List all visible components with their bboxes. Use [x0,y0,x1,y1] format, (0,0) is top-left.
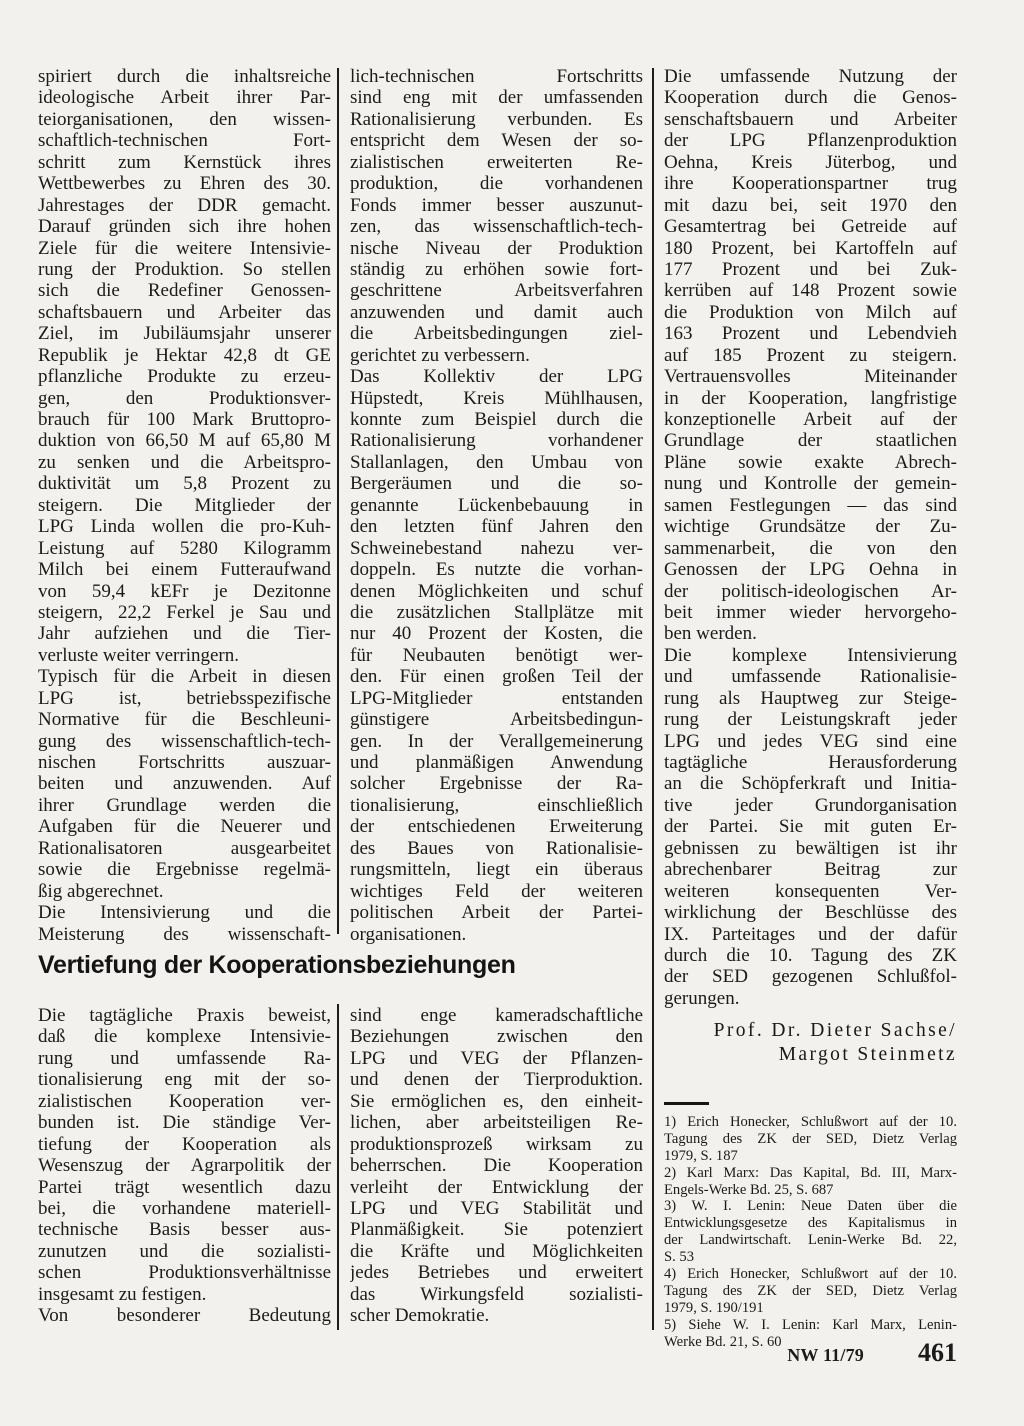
text-line: samen Festlegungen — das sind [664,495,957,516]
text-line: LPG und VEG der Pflanzen- [350,1048,643,1069]
footnote-line: Entwicklungsgesetze des Kapitalismus in [664,1215,957,1232]
text-line: spiriert durch die inhaltsreiche [38,66,331,87]
text-line: duktivität um 5,8 Prozent zu [38,473,331,494]
text-line: genannte Lückenbebauung in [350,495,643,516]
text-line: technische Basis besser aus- [38,1219,331,1240]
column-1-lower: Die tagtägliche Praxis beweist,daß die k… [38,1005,331,1327]
text-line: Republik je Hektar 42,8 dt GE [38,345,331,366]
text-line: ständig zu erhöhen sowie fort- [350,259,643,280]
text-line: zu senken und die Arbeitspro- [38,452,331,473]
text-line: anzuwenden und damit auch [350,302,643,323]
author-line-1: Prof. Dr. Dieter Sachse/ [664,1019,957,1043]
page-footer: NW 11/79461 [664,1338,957,1368]
text-line: schaftsbauern und Arbeiter das [38,302,331,323]
footnote-line: 2) Karl Marx: Das Kapital, Bd. III, Marx… [664,1165,957,1182]
text-line: tagtägliche Herausforderung [664,752,957,773]
text-line: tionalisierung, einschließlich [350,795,643,816]
text-line: Planmäßigkeit. Sie potenziert [350,1219,643,1240]
text-line: wichtiges Feld der weiteren [350,881,643,902]
text-line: Beziehungen zwischen den [350,1026,643,1047]
text-line: lich-technischen Fortschritts [350,66,643,87]
text-line: in der Kooperation, langfristige [664,388,957,409]
footnote-line: der Landwirtschaft. Lenin-Werke Bd. 22, [664,1232,957,1249]
text-line: Ziele für die weitere Intensivie- [38,238,331,259]
text-line: Jahrestages der DDR gemacht. [38,195,331,216]
text-line: Vertrauensvolles Miteinander [664,366,957,387]
text-line: geschrittene Arbeitsverfahren [350,280,643,301]
text-line: die Kräfte und Möglichkeiten [350,1241,643,1262]
page-number: 461 [918,1338,957,1367]
text-line: Pläne sowie exakte Abrech- [664,452,957,473]
text-line: LPG und jedes VEG sind eine [664,731,957,752]
text-line: rungsmitteln, liegt ein überaus [350,859,643,880]
text-line: durch die 10. Tagung des ZK [664,945,957,966]
footnote-line: 1979, S. 187 [664,1148,957,1165]
text-line: sammenarbeit, die von den [664,538,957,559]
footnote-line: Engels-Werke Bd. 25, S. 687 [664,1182,957,1199]
text-line: daß die komplexe Intensivie- [38,1026,331,1047]
text-line: nung und Kontrolle der gemein- [664,473,957,494]
text-line: wirklichung der Beschlüsse des [664,902,957,923]
text-line: Die umfassende Nutzung der [664,66,957,87]
text-line: verleiht der Entwicklung der [350,1177,643,1198]
text-line: gebnissen zu bewältigen ist ihr [664,838,957,859]
text-line: den. Für einen großen Teil der [350,666,643,687]
text-line: gerichtet zu verbessern. [350,345,643,366]
footnotes: 1) Erich Honecker, Schlußwort auf der 10… [664,1114,957,1350]
text-line: Kooperation durch die Genos- [664,87,957,108]
text-line: denen Möglichkeiten und schuf [350,581,643,602]
text-line: gung des wissenschaftlich-tech- [38,731,331,752]
text-line: sich die Redefiner Genossen- [38,280,331,301]
text-line: Sie ermöglichen es, den einheit- [350,1091,643,1112]
text-line: LPG-Mitglieder entstanden [350,688,643,709]
text-line: Stallanlagen, den Umbau von [350,452,643,473]
text-line: Von besonderer Bedeutung [38,1305,331,1326]
text-line: 163 Prozent und Lebendvieh [664,323,957,344]
text-line: wichtige Grundsätze der Zu- [664,516,957,537]
text-line: verluste weiter verringern. [38,645,331,666]
text-line: Darauf gründen sich ihre hohen [38,216,331,237]
text-line: Gesamtertrag bei Getreide auf [664,216,957,237]
text-line: Grundlage der staatlichen [664,430,957,451]
text-line: Rationalisierung vorhandener [350,430,643,451]
text-line: ihre Kooperationspartner trug [664,173,957,194]
footnote-line: 1979, S. 190/191 [664,1300,957,1317]
text-line: nur 40 Prozent der Kosten, die [350,623,643,644]
text-line: weiteren konsequenten Ver- [664,881,957,902]
text-line: nischen Fortschritts auszuar- [38,752,331,773]
author-line-2: Margot Steinmetz [664,1043,957,1067]
text-line: nische Niveau der Produktion [350,238,643,259]
text-line: rung der Leistungskraft jeder [664,709,957,730]
column-3: Die umfassende Nutzung derKooperation du… [664,66,957,1009]
text-line: gen. In der Verallgemeinerung [350,731,643,752]
text-line: sind enge kameradschaftliche [350,1005,643,1026]
text-line: tive jeder Grundorganisation [664,795,957,816]
text-line: schritt zum Kernstück ihres [38,152,331,173]
text-line: doppeln. Es nutzte die vorhan- [350,559,643,580]
column-divider-1-lower [337,1004,339,1330]
text-line: die zusätzlichen Stallplätze mit [350,602,643,623]
footnote-divider [664,1102,709,1105]
text-line: duktion von 66,50 M auf 65,80 M [38,430,331,451]
text-line: LPG ist, betriebsspezifische [38,688,331,709]
text-line: an die Schöpferkraft und Initia- [664,773,957,794]
text-line: Aufgaben für die Neuerer und [38,816,331,837]
text-line: solcher Ergebnisse der Ra- [350,773,643,794]
text-line: Partei trägt wesentlich dazu [38,1177,331,1198]
text-line: konnte zum Beispiel durch die [350,409,643,430]
text-line: schaftlich-technischen Fort- [38,130,331,151]
text-line: senschaftsbauern und Arbeiter [664,109,957,130]
text-line: tionalisierung eng mit der so- [38,1069,331,1090]
text-line: politischen Arbeit der Partei- [350,902,643,923]
text-line: jedes Betriebes und erweitert [350,1262,643,1283]
text-line: Fonds immer besser auszunut- [350,195,643,216]
text-line: gerungen. [664,988,957,1009]
text-line: pflanzliche Produkte zu erzeu- [38,366,331,387]
text-line: Die komplexe Intensivierung [664,645,957,666]
text-line: organisationen. [350,924,643,945]
text-line: teiorganisationen, den wissen- [38,109,331,130]
text-line: Schweinebestand nahezu ver- [350,538,643,559]
text-line: Die tagtägliche Praxis beweist, [38,1005,331,1026]
text-line: gen, den Produktionsver- [38,388,331,409]
text-line: beiten und anzuwenden. Auf [38,773,331,794]
text-line: rung als Hauptweg zur Steige- [664,688,957,709]
text-line: Rationalisatoren ausgearbeitet [38,838,331,859]
text-line: bunden ist. Die ständige Ver- [38,1112,331,1133]
text-line: ihrer Grundlage werden die [38,795,331,816]
text-line: steigern. Die Mitglieder der [38,495,331,516]
column-2-lower: sind enge kameradschaftlicheBeziehungen … [350,1005,643,1327]
footnote-line: S. 53 [664,1249,957,1266]
text-line: des Baues von Rationalisie- [350,838,643,859]
text-line: mit dazu bei, seit 1970 den [664,195,957,216]
text-line: Das Kollektiv der LPG [350,366,643,387]
text-line: 177 Prozent und bei Zuk- [664,259,957,280]
text-line: abrechenbarer Beitrag zur [664,859,957,880]
text-line: steigern, 22,2 Ferkel je Sau und [38,602,331,623]
column-1-upper: spiriert durch die inhaltsreicheideologi… [38,66,331,945]
text-line: Ziel, im Jubiläumsjahr unserer [38,323,331,344]
text-line: 180 Prozent, bei Kartoffeln auf [664,238,957,259]
text-line: Bergeräumen und die so- [350,473,643,494]
magazine-page: spiriert durch die inhaltsreicheideologi… [0,0,1024,1426]
text-line: der entschiedenen Erweiterung [350,816,643,837]
text-line: von 59,4 kEFr je Dezitonne [38,581,331,602]
text-line: tiefung der Kooperation als [38,1134,331,1155]
text-line: Jahr aufziehen und die Tier- [38,623,331,644]
text-line: Hüpstedt, Kreis Mühlhausen, [350,388,643,409]
text-line: IX. Parteitages und der dafür [664,924,957,945]
text-line: entspricht dem Wesen der so- [350,130,643,151]
footnote-line: 5) Siehe W. I. Lenin: Karl Marx, Lenin- [664,1317,957,1334]
text-line: rung der Produktion. So stellen [38,259,331,280]
text-line: und umfassende Rationalisie- [664,666,957,687]
text-line: LPG und VEG Stabilität und [350,1198,643,1219]
text-line: rung und umfassende Ra- [38,1048,331,1069]
section-heading: Vertiefung der Kooperationsbeziehungen [38,951,658,980]
text-line: ideologische Arbeit ihrer Par- [38,87,331,108]
text-line: zialistischen Kooperation ver- [38,1091,331,1112]
column-divider-2 [652,68,654,1330]
text-line: Rationalisierung verbunden. Es [350,109,643,130]
text-line: brauch für 100 Mark Bruttopro- [38,409,331,430]
text-line: bei, die vorhandene materiell- [38,1198,331,1219]
text-line: produktionsprozeß wirksam zu [350,1134,643,1155]
text-line: Oehna, Kreis Jüterbog, und [664,152,957,173]
text-line: zunutzen und die sozialisti- [38,1241,331,1262]
text-line: Typisch für die Arbeit in diesen [38,666,331,687]
text-line: sind eng mit der umfassenden [350,87,643,108]
footnote-line: Tagung des ZK der SED, Dietz Verlag [664,1131,957,1148]
text-line: und planmäßigen Anwendung [350,752,643,773]
footnote-line: 3) W. I. Lenin: Neue Daten über die [664,1198,957,1215]
column-divider-1-upper [337,68,339,934]
text-line: für Neubauten benötigt wer- [350,645,643,666]
text-line: auf 185 Prozent zu steigern. [664,345,957,366]
text-line: Leistung auf 5280 Kilogramm [38,538,331,559]
text-line: kerrüben auf 148 Prozent sowie [664,280,957,301]
text-line: die Produktion von Milch auf [664,302,957,323]
text-line: ben werden. [664,623,957,644]
text-line: den letzten fünf Jahren den [350,516,643,537]
text-line: das Wirkungsfeld sozialisti- [350,1284,643,1305]
text-line: zialistischen erweiterten Re- [350,152,643,173]
text-line: schen Produktionsverhältnisse [38,1262,331,1283]
text-line: beherrschen. Die Kooperation [350,1155,643,1176]
text-line: beit immer wieder hervorgeho- [664,602,957,623]
text-line: Die Intensivierung und die [38,902,331,923]
column-2-upper: lich-technischen Fortschrittssind eng mi… [350,66,643,945]
text-line: Milch bei einem Futteraufwand [38,559,331,580]
text-line: der SED gezogenen Schlußfol- [664,966,957,987]
text-line: der politisch-ideologischen Ar- [664,581,957,602]
text-line: Meisterung des wissenschaft- [38,924,331,945]
author-byline: Prof. Dr. Dieter Sachse/ Margot Steinmet… [664,1019,957,1066]
journal-issue: NW 11/79 [787,1345,864,1365]
text-line: scher Demokratie. [350,1305,643,1326]
text-line: Wettbewerbes zu Ehren des 30. [38,173,331,194]
text-line: produktion, die vorhandenen [350,173,643,194]
text-line: Normative für die Beschleuni- [38,709,331,730]
text-line: der LPG Pflanzenproduktion [664,130,957,151]
footnote-line: Tagung des ZK der SED, Dietz Verlag [664,1283,957,1300]
text-line: sowie die Ergebnisse regelmä- [38,859,331,880]
text-line: lichen, aber arbeitsteiligen Re- [350,1112,643,1133]
text-line: günstigere Arbeitsbedingun- [350,709,643,730]
text-line: zen, das wissenschaftlich-tech- [350,216,643,237]
footnote-line: 4) Erich Honecker, Schlußwort auf der 10… [664,1266,957,1283]
text-line: konzeptionelle Arbeit auf der [664,409,957,430]
text-line: die Arbeitsbedingungen ziel- [350,323,643,344]
text-line: Wesenszug der Agrarpolitik der [38,1155,331,1176]
text-line: der Partei. Sie mit guten Er- [664,816,957,837]
footnote-line: 1) Erich Honecker, Schlußwort auf der 10… [664,1114,957,1131]
text-line: ßig abgerechnet. [38,881,331,902]
text-line: und denen der Tierproduktion. [350,1069,643,1090]
text-line: Genossen der LPG Oehna in [664,559,957,580]
text-line: LPG Linda wollen die pro-Kuh- [38,516,331,537]
text-line: insgesamt zu festigen. [38,1284,331,1305]
